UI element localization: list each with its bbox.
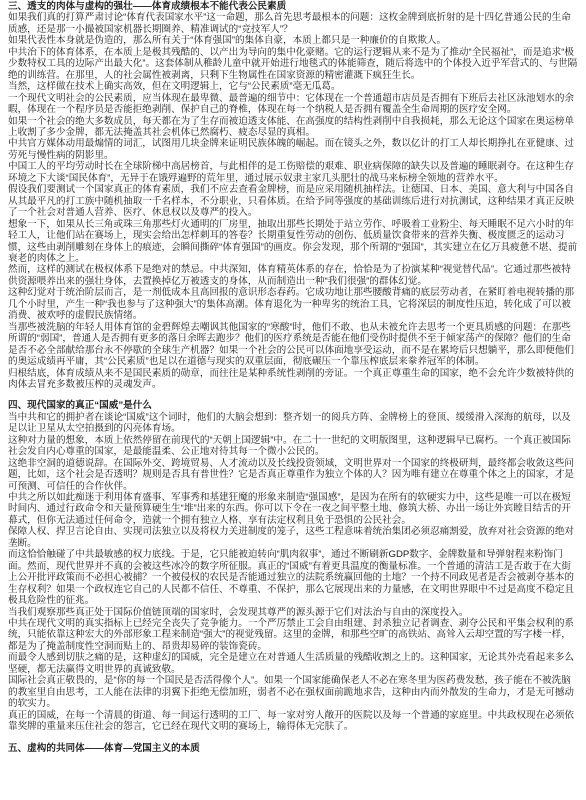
paragraph: 归根结底，体育成绩从来不是国民素质的勋章，而往往是某种系统性剥削的旁证。一个真正…	[8, 368, 578, 391]
paragraph: 这绝非空洞的道德说辞。在国际外交、跨境贸易、人才流动以及长线投资领域，文明世界对…	[8, 458, 578, 492]
paragraph: 中共在现代文明的真实指标上已经完全丧失了竞争能力。一个严厉禁止工会自由组建、封杀…	[8, 618, 578, 652]
paragraph: 而这恰恰触碰了中共最敏感的权力底线。于是，它只能被迫转向“肌肉叙事”，通过不断刷…	[8, 549, 578, 606]
paragraph: 如果一个社会的绝大多数成员，每天都在为了生存而被迫透支体能、在高强度的结构性剥削…	[8, 116, 578, 139]
paragraph: 然而，这样的测试在极权体系下是绝对的禁忌。中共深知，体育精英体系的存在，恰恰是为…	[8, 264, 578, 287]
paragraph: 国际社会真正敬畏的，是“你的每一个国民是否活得像个人”。如果一个国家能确保老人不…	[8, 675, 578, 709]
section-four-heading: 四、现代国家的真正“国威”是什么	[8, 400, 578, 411]
paragraph: 如果代表性本身就是伪造的，那么所有关于“体育强国”的集体自豪，本质上都只是一种廉…	[8, 35, 578, 46]
paragraph: 真正的国威，在每一个清晨的街道、每一间运行透明的工厂、每一家对穷人敞开的医院以及…	[8, 710, 578, 733]
paragraph: 假设我们要测试一个国家真正的体育素质，我们不应去查看金牌榜，而是应采用随机抽样法…	[8, 184, 578, 218]
paragraph: 当然，这样做在技术上确实高效，但在文明逻辑上，它与“公民素质”毫无瓜葛。	[8, 81, 578, 92]
paragraph: 想象一下，如果从长三角或珠三角那些灯火通明的厂房里，抽取出那些长期处于站立劳作、…	[8, 219, 578, 265]
paragraph: 当我们观察那些真正处于国际价值链顶端的国家时，会发现其尊严的源头源于它们对法治与…	[8, 607, 578, 618]
paragraph: 中共官方媒体动用最煽情的词汇，试图用几块金牌来证明民族体魄的崛起。而在镜头之外，…	[8, 138, 578, 161]
paragraph: 中共之所以如此痴迷于利用体育盛事、军事秀和基建狂魔的形象来制造“强国感”，是因为…	[8, 492, 578, 526]
section-five: 五、虚构的共同体——体育—党国主义的本质	[8, 743, 578, 754]
paragraph: 当中共和它的拥护者在谈论“国威”这个词时，他们的大脑会想到：整齐划一的阅兵方阵、…	[8, 412, 578, 435]
section-five-heading: 五、虚构的共同体——体育—党国主义的本质	[8, 743, 578, 754]
paragraph: 当那些被洗脑的年轻人用体育馆的金碧辉煌去嘲讽其他国家的“寒酸”时，他们不敢、也从…	[8, 322, 578, 368]
paragraph: 而最令人感到切肤之痛的是，这种虚幻的国威，完全是建立在对普通人生活质量的残酷收割…	[8, 652, 578, 675]
document-page: 三、透支的肉体与虚构的强壮——体育成绩根本不能代表公民素质 如果我们真的打算严肃…	[0, 0, 586, 800]
paragraph: 一个现代文明社会的公民素质，应当体现在最卑微、最普遍的细节中：它体现在一个普通超…	[8, 93, 578, 116]
paragraph: 中国工人的平均劳动时长在全球阶梯中高居榜首，与此相伴的是工伤赔偿的艰难、职业病保…	[8, 161, 578, 184]
section-three: 三、透支的肉体与虚构的强壮——体育成绩根本不能代表公民素质 如果我们真的打算严肃…	[8, 1, 578, 390]
paragraph: 保障人权、捍卫言论自由、实现司法独立以及将权力关进制度的笼子，这些工程意味着统治…	[8, 526, 578, 549]
paragraph: 这种对力量的想象，本质上依然停留在前现代的“天朝上国逻辑”中。在二十一世纪的文明…	[8, 435, 578, 458]
section-four: 四、现代国家的真正“国威”是什么 当中共和它的拥护者在谈论“国威”这个词时，他们…	[8, 400, 578, 732]
section-three-heading: 三、透支的肉体与虚构的强壮——体育成绩根本不能代表公民素质	[8, 1, 578, 12]
paragraph: 中共治下的体育体系，在本质上是极其残酷的、以产出为导向的集中化豪赌。它的运行逻辑…	[8, 47, 578, 81]
paragraph: 如果我们真的打算严肃讨论“体育代表国家水平”这一命题，那么首先思考最根本的问题：…	[8, 12, 578, 35]
paragraph: 这种幻觉对于统治阶层而言，是一剂低成本且高回报的意识形态春药。它成功地让那些腰酸…	[8, 287, 578, 321]
